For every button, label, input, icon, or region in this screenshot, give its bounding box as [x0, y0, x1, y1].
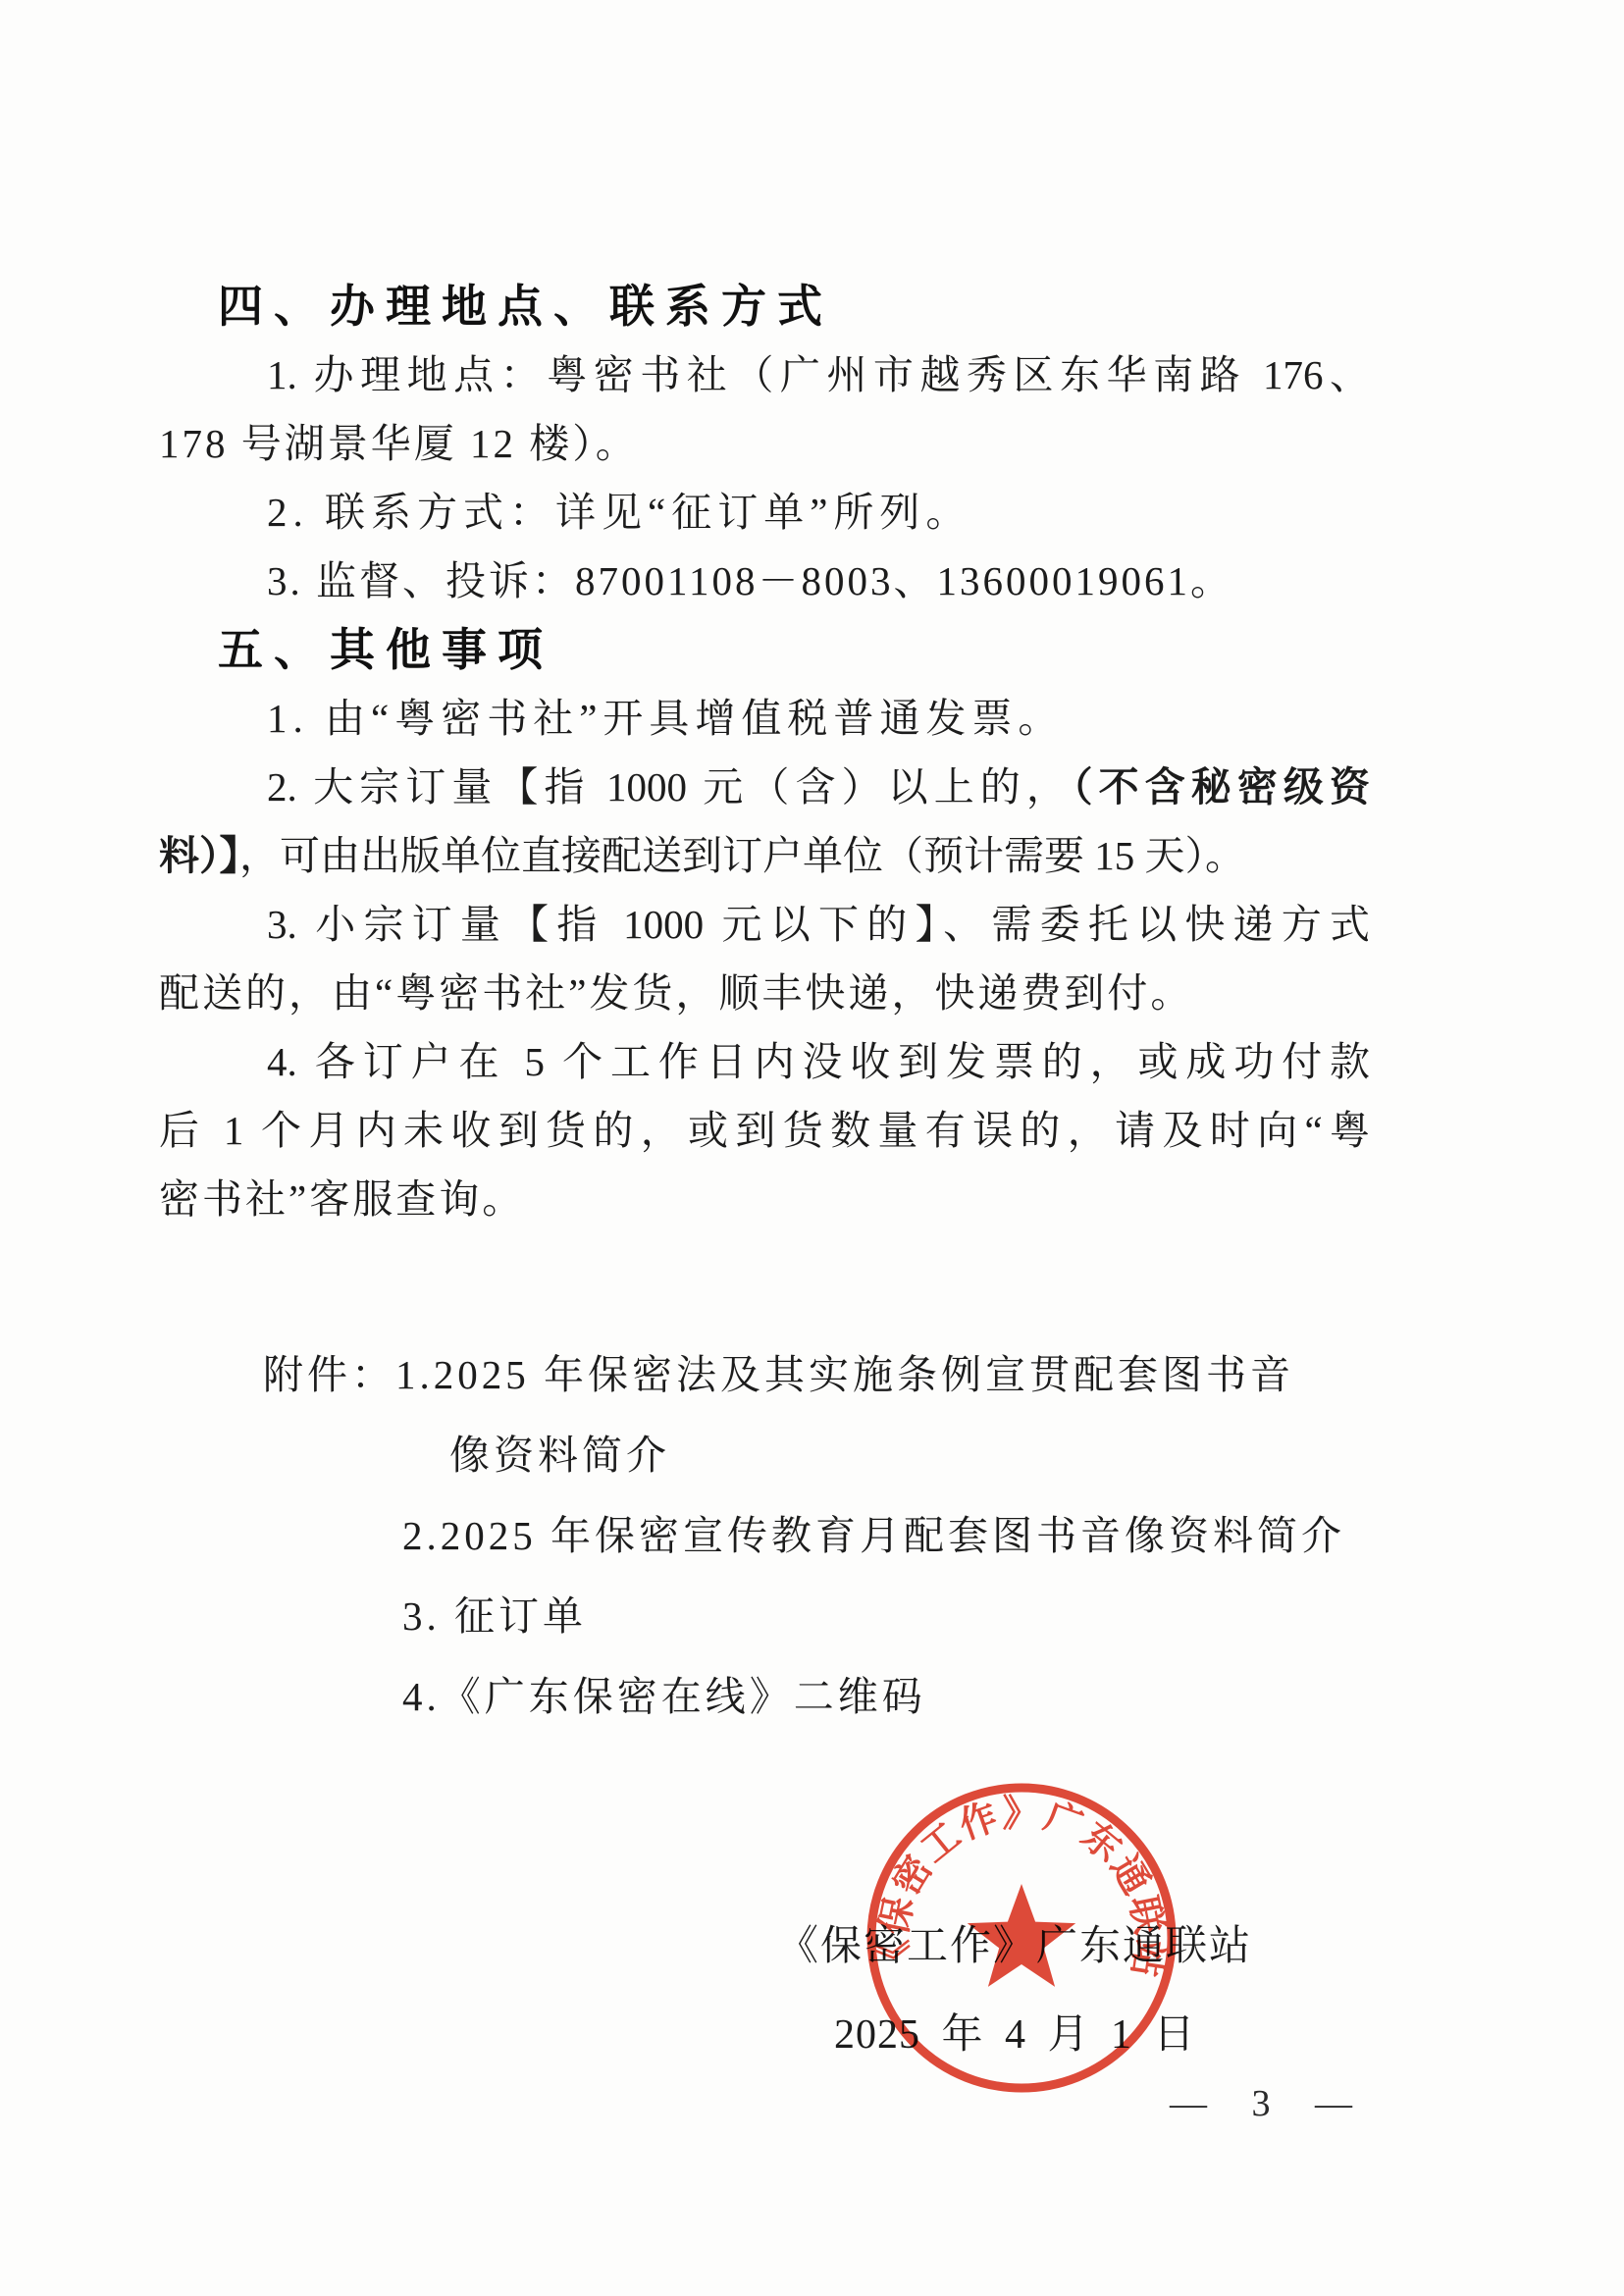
text-run: 178 号湖景华厦 12 楼）。 [159, 421, 639, 466]
attachment-item1-line1: 附件：1.2025 年保密法及其实施条例宣贯配套图书音 [159, 1334, 1435, 1415]
section4-item1-line1: 1. 办理地点：粤密书社（广州市越秀区东华南路 176、 [159, 340, 1370, 409]
text-run: 4. 各订户在 5 个工作日内没收到发票的，或成功付款 [267, 1039, 1370, 1084]
section5-item4-line1: 4. 各订户在 5 个工作日内没收到发票的，或成功付款 [159, 1027, 1370, 1096]
text-run: 密书社”客服查询。 [159, 1176, 525, 1222]
text-run: 3. 征订单 [402, 1593, 587, 1639]
section5-item4-line2: 后 1 个月内未收到货的，或到货数量有误的，请及时向“粤 [159, 1096, 1370, 1165]
text-run-bold: （不含秘密级资 [1073, 764, 1370, 809]
attachment-item2: 2.2025 年保密宣传教育月配套图书音像资料简介 [159, 1495, 1435, 1576]
attachment-item1-line2: 像资料简介 [159, 1415, 1435, 1495]
section5-item1: 1. 由“粤密书社”开具增值税普通发票。 [159, 684, 1370, 753]
section4-item1-line2: 178 号湖景华厦 12 楼）。 [159, 409, 1370, 478]
section5-item2-line2: 料）】，可由出版单位直接配送到订户单位（预计需要 15 天）。 [159, 821, 1370, 890]
attachment-item3: 3. 征订单 [159, 1576, 1435, 1656]
text-run: 1. 由“粤密书社”开具增值税普通发票。 [267, 696, 1064, 741]
text-run: ，可由出版单位直接配送到订户单位（预计需要 15 天）。 [239, 833, 1245, 878]
text-run: 2. 联系方式：详见“征订单”所列。 [267, 490, 971, 535]
section5-item2-line1: 2. 大宗订量【指 1000 元（含）以上的，（不含秘密级资 [159, 753, 1370, 821]
text-run: 2.2025 年保密宣传教育月配套图书音像资料简介 [402, 1513, 1345, 1558]
page-number: — 3 — [1170, 2082, 1364, 2125]
official-seal: 《保密工作》广东通联站 [860, 1776, 1183, 2100]
text-run-bold: 料）】 [159, 833, 239, 878]
attachments-label: 附件： [263, 1352, 395, 1397]
document-body: 四、办理地点、联系方式 1. 办理地点：粤密书社（广州市越秀区东华南路 176、… [159, 272, 1370, 1233]
text-run: 3. 监督、投诉：87001108－8003、13600019061。 [267, 558, 1233, 603]
text-run: 配送的，由“粤密书社”发货，顺丰快递，快递费到付。 [159, 970, 1193, 1016]
section4-heading: 四、办理地点、联系方式 [159, 272, 1370, 340]
text-run: 后 1 个月内未收到货的，或到货数量有误的，请及时向“粤 [159, 1108, 1370, 1153]
text-run: 3. 小宗订量【指 1000 元以下的】、需委托以快递方式 [267, 902, 1370, 947]
section5-item3-line1: 3. 小宗订量【指 1000 元以下的】、需委托以快递方式 [159, 890, 1370, 959]
section5-item3-line2: 配送的，由“粤密书社”发货，顺丰快递，快递费到付。 [159, 959, 1370, 1027]
text-run: 1. 办理地点：粤密书社（广州市越秀区东华南路 176、 [267, 352, 1370, 397]
text-run: 1.2025 年保密法及其实施条例宣贯配套图书音 [395, 1352, 1294, 1397]
section5-heading: 五、其他事项 [159, 615, 1370, 684]
section4-item3: 3. 监督、投诉：87001108－8003、13600019061。 [159, 547, 1370, 615]
attachment-item4: 4.《广东保密在线》二维码 [159, 1656, 1435, 1737]
text-run: 4.《广东保密在线》二维码 [402, 1674, 926, 1719]
seal-star-icon [968, 1884, 1075, 1987]
attachments-block: 附件：1.2025 年保密法及其实施条例宣贯配套图书音 像资料简介 2.2025… [159, 1334, 1435, 1737]
text-run: 像资料简介 [449, 1433, 670, 1478]
section4-item2: 2. 联系方式：详见“征订单”所列。 [159, 478, 1370, 547]
document-page: 四、办理地点、联系方式 1. 办理地点：粤密书社（广州市越秀区东华南路 176、… [0, 0, 1624, 2296]
section5-item4-line3: 密书社”客服查询。 [159, 1165, 1370, 1233]
text-run: 2. 大宗订量【指 1000 元（含）以上的， [267, 764, 1073, 809]
